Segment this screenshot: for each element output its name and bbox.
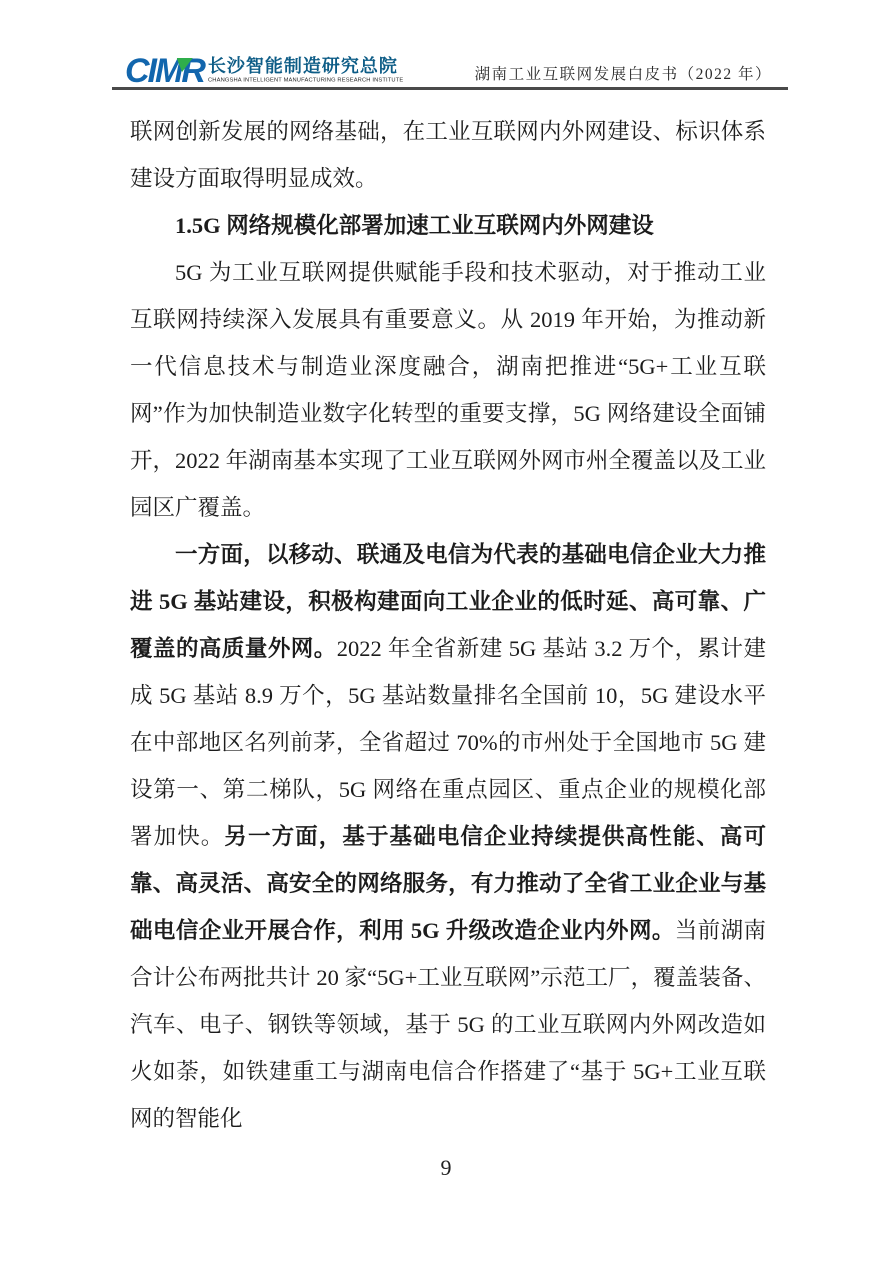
document-body: 联网创新发展的网络基础，在工业互联网内外网建设、标识体系建设方面取得明显成效。1… [130, 108, 766, 1142]
institute-name-cn: 长沙智能制造研究总院 [208, 56, 479, 76]
text-run: 联网创新发展的网络基础，在工业互联网内外网建设、标识体系建设方面取得明显成效。 [130, 119, 766, 191]
bold-text-run: 另一方面，基于基础电信企业持续提供高性能、高可靠、高灵活、高安全的网络服务，有力… [130, 824, 766, 943]
cimr-logo-acronym: CIMR [125, 54, 204, 88]
text-run: 2022 年全省新建 5G 基站 3.2 万个，累计建成 5G 基站 8.9 万… [130, 636, 766, 849]
document-page: CIMR 长沙智能制造研究总院 CHANGSHA INTELLIGENT MAN… [0, 0, 892, 1262]
header-divider [112, 87, 788, 90]
institute-name-en: CHANGSHA INTELLIGENT MANUFACTURING RESEA… [208, 77, 403, 83]
text-run: 当前湖南合计公布两批共计 20 家“5G+工业互联网”示范工厂，覆盖装备、汽车、… [130, 918, 766, 1131]
cimr-logo-text: CIMR [125, 52, 204, 90]
text-run: 5G 为工业互联网提供赋能手段和技术驱动，对于推动工业互联网持续深入发展具有重要… [130, 260, 766, 520]
paragraph: 联网创新发展的网络基础，在工业互联网内外网建设、标识体系建设方面取得明显成效。 [130, 108, 766, 202]
cimr-logo-names: 长沙智能制造研究总院 CHANGSHA INTELLIGENT MANUFACT… [208, 54, 479, 85]
page-number: 9 [0, 1155, 892, 1181]
paragraph: 一方面，以移动、联通及电信为代表的基础电信企业大力推进 5G 基站建设，积极构建… [130, 531, 766, 1142]
document-title: 湖南工业互联网发展白皮书（2022 年） [475, 62, 772, 84]
paragraph: 5G 为工业互联网提供赋能手段和技术驱动，对于推动工业互联网持续深入发展具有重要… [130, 249, 766, 531]
section-heading: 1.5G 网络规模化部署加速工业互联网内外网建设 [130, 202, 766, 249]
cimr-logo: CIMR 长沙智能制造研究总院 CHANGSHA INTELLIGENT MAN… [125, 54, 479, 88]
bold-text-run: 1.5G 网络规模化部署加速工业互联网内外网建设 [175, 213, 654, 238]
